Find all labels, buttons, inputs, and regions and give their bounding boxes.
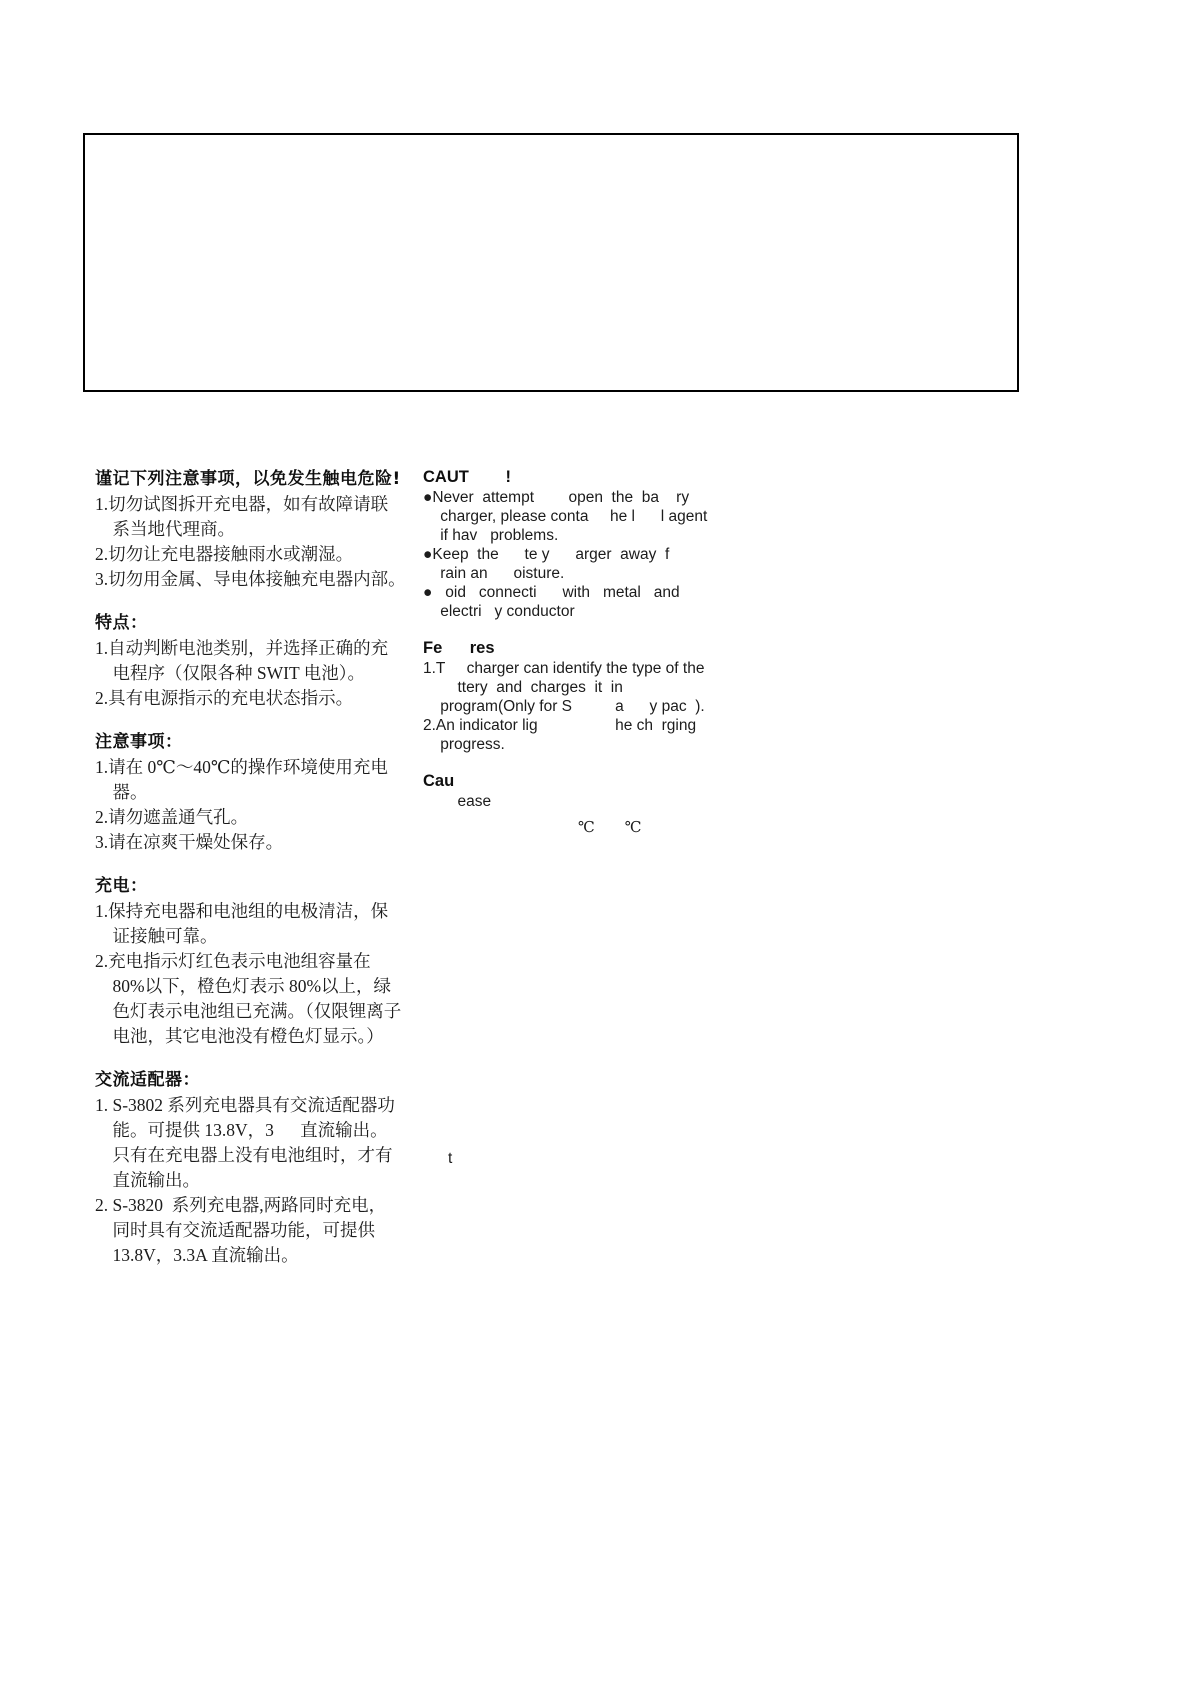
text-line: if hav problems.: [423, 526, 723, 545]
text-line: 只有在充电器上没有电池组时，才有: [95, 1143, 410, 1168]
text-line: 同时具有交流适配器功能，可提供: [95, 1218, 410, 1243]
text-line: electri y conductor: [423, 602, 723, 621]
text-line: 2.充电指示灯红色表示电池组容量在: [95, 949, 410, 974]
text-line: 色灯表示电池组已充满。（仅限锂离子: [95, 999, 410, 1024]
text-line: 2.An indicator lig he ch rging: [423, 716, 723, 735]
text-line: 器。: [95, 780, 410, 805]
text-line: 证接触可靠。: [95, 924, 410, 949]
text-line: 2.请勿遮盖通气孔。: [95, 805, 410, 830]
text-line: 3.切勿用金属、导电体接触充电器内部。: [95, 567, 410, 592]
text-line: 80%以下，橙色灯表示 80%以上，绿: [95, 974, 410, 999]
section-cautions-en: Cau ease: [423, 771, 723, 811]
section-heading: 注意事项：: [95, 730, 410, 755]
section-charging-zh: 充电： 1.保持充电器和电池组的电极清洁，保 证接触可靠。 2.充电指示灯红色表…: [95, 874, 410, 1049]
text-line: 电程序（仅限各种 SWIT 电池）。: [95, 661, 410, 686]
text-line: ● oid connecti with metal and: [423, 583, 723, 602]
text-line: ease: [423, 792, 723, 811]
section-heading: CAUT !: [423, 467, 723, 488]
chinese-column: 谨记下列注意事项，以免发生触电危险! 1.切勿试图拆开充电器，如有故障请联 系当…: [95, 467, 410, 1268]
text-line: 13.8V，3.3A 直流输出。: [95, 1243, 410, 1268]
text-line: rain an oisture.: [423, 564, 723, 583]
text-line: 1.请在 0℃～40℃的操作环境使用充电: [95, 755, 410, 780]
section-features-en: Fe res 1.T charger can identify the type…: [423, 638, 723, 754]
text-line: 直流输出。: [95, 1168, 410, 1193]
section-heading: 谨记下列注意事项，以免发生触电危险!: [95, 467, 410, 492]
text-line: ttery and charges it in: [423, 678, 723, 697]
text-line: charger, please conta he l l agent: [423, 507, 723, 526]
text-line: 能。可提供 13.8V，3 直流输出。: [95, 1118, 410, 1143]
section-heading: Cau: [423, 771, 723, 792]
section-electric-shock-warning: 谨记下列注意事项，以免发生触电危险! 1.切勿试图拆开充电器，如有故障请联 系当…: [95, 467, 410, 592]
english-column: CAUT ! ●Never attempt open the ba ry cha…: [423, 467, 723, 811]
text-line: progress.: [423, 735, 723, 754]
text-line: program(Only for S a y pac ).: [423, 697, 723, 716]
section-heading: 交流适配器：: [95, 1068, 410, 1093]
text-line: 3.请在凉爽干燥处保存。: [95, 830, 410, 855]
text-line: ●Never attempt open the ba ry: [423, 488, 723, 507]
text-line: ●Keep the te y arger away f: [423, 545, 723, 564]
faded-temperature-text: ℃ ℃: [578, 818, 642, 837]
text-line: 1.自动判断电池类别，并选择正确的充: [95, 636, 410, 661]
text-line: 1. S-3802 系列充电器具有交流适配器功: [95, 1093, 410, 1118]
image-placeholder-box: [83, 133, 1019, 392]
text-line: 电池，其它电池没有橙色灯显示。）: [95, 1024, 410, 1049]
text-line: 1.保持充电器和电池组的电极清洁，保: [95, 899, 410, 924]
document-page: 谨记下列注意事项，以免发生触电危险! 1.切勿试图拆开充电器，如有故障请联 系当…: [0, 0, 1190, 1684]
section-heading: 充电：: [95, 874, 410, 899]
section-heading: Fe res: [423, 638, 723, 659]
text-line: 系当地代理商。: [95, 517, 410, 542]
section-cautions-zh: 注意事项： 1.请在 0℃～40℃的操作环境使用充电 器。 2.请勿遮盖通气孔。…: [95, 730, 410, 855]
text-line: 1.T charger can identify the type of the: [423, 659, 723, 678]
text-line: 2. S-3820 系列充电器,两路同时充电，: [95, 1193, 410, 1218]
faded-stray-character: t: [448, 1150, 452, 1168]
section-features-zh: 特点： 1.自动判断电池类别，并选择正确的充 电程序（仅限各种 SWIT 电池）…: [95, 611, 410, 711]
section-heading: 特点：: [95, 611, 410, 636]
section-ac-adapter-zh: 交流适配器： 1. S-3802 系列充电器具有交流适配器功 能。可提供 13.…: [95, 1068, 410, 1268]
section-caution-en: CAUT ! ●Never attempt open the ba ry cha…: [423, 467, 723, 621]
text-line: 2.切勿让充电器接触雨水或潮湿。: [95, 542, 410, 567]
text-line: 1.切勿试图拆开充电器，如有故障请联: [95, 492, 410, 517]
text-line: 2.具有电源指示的充电状态指示。: [95, 686, 410, 711]
